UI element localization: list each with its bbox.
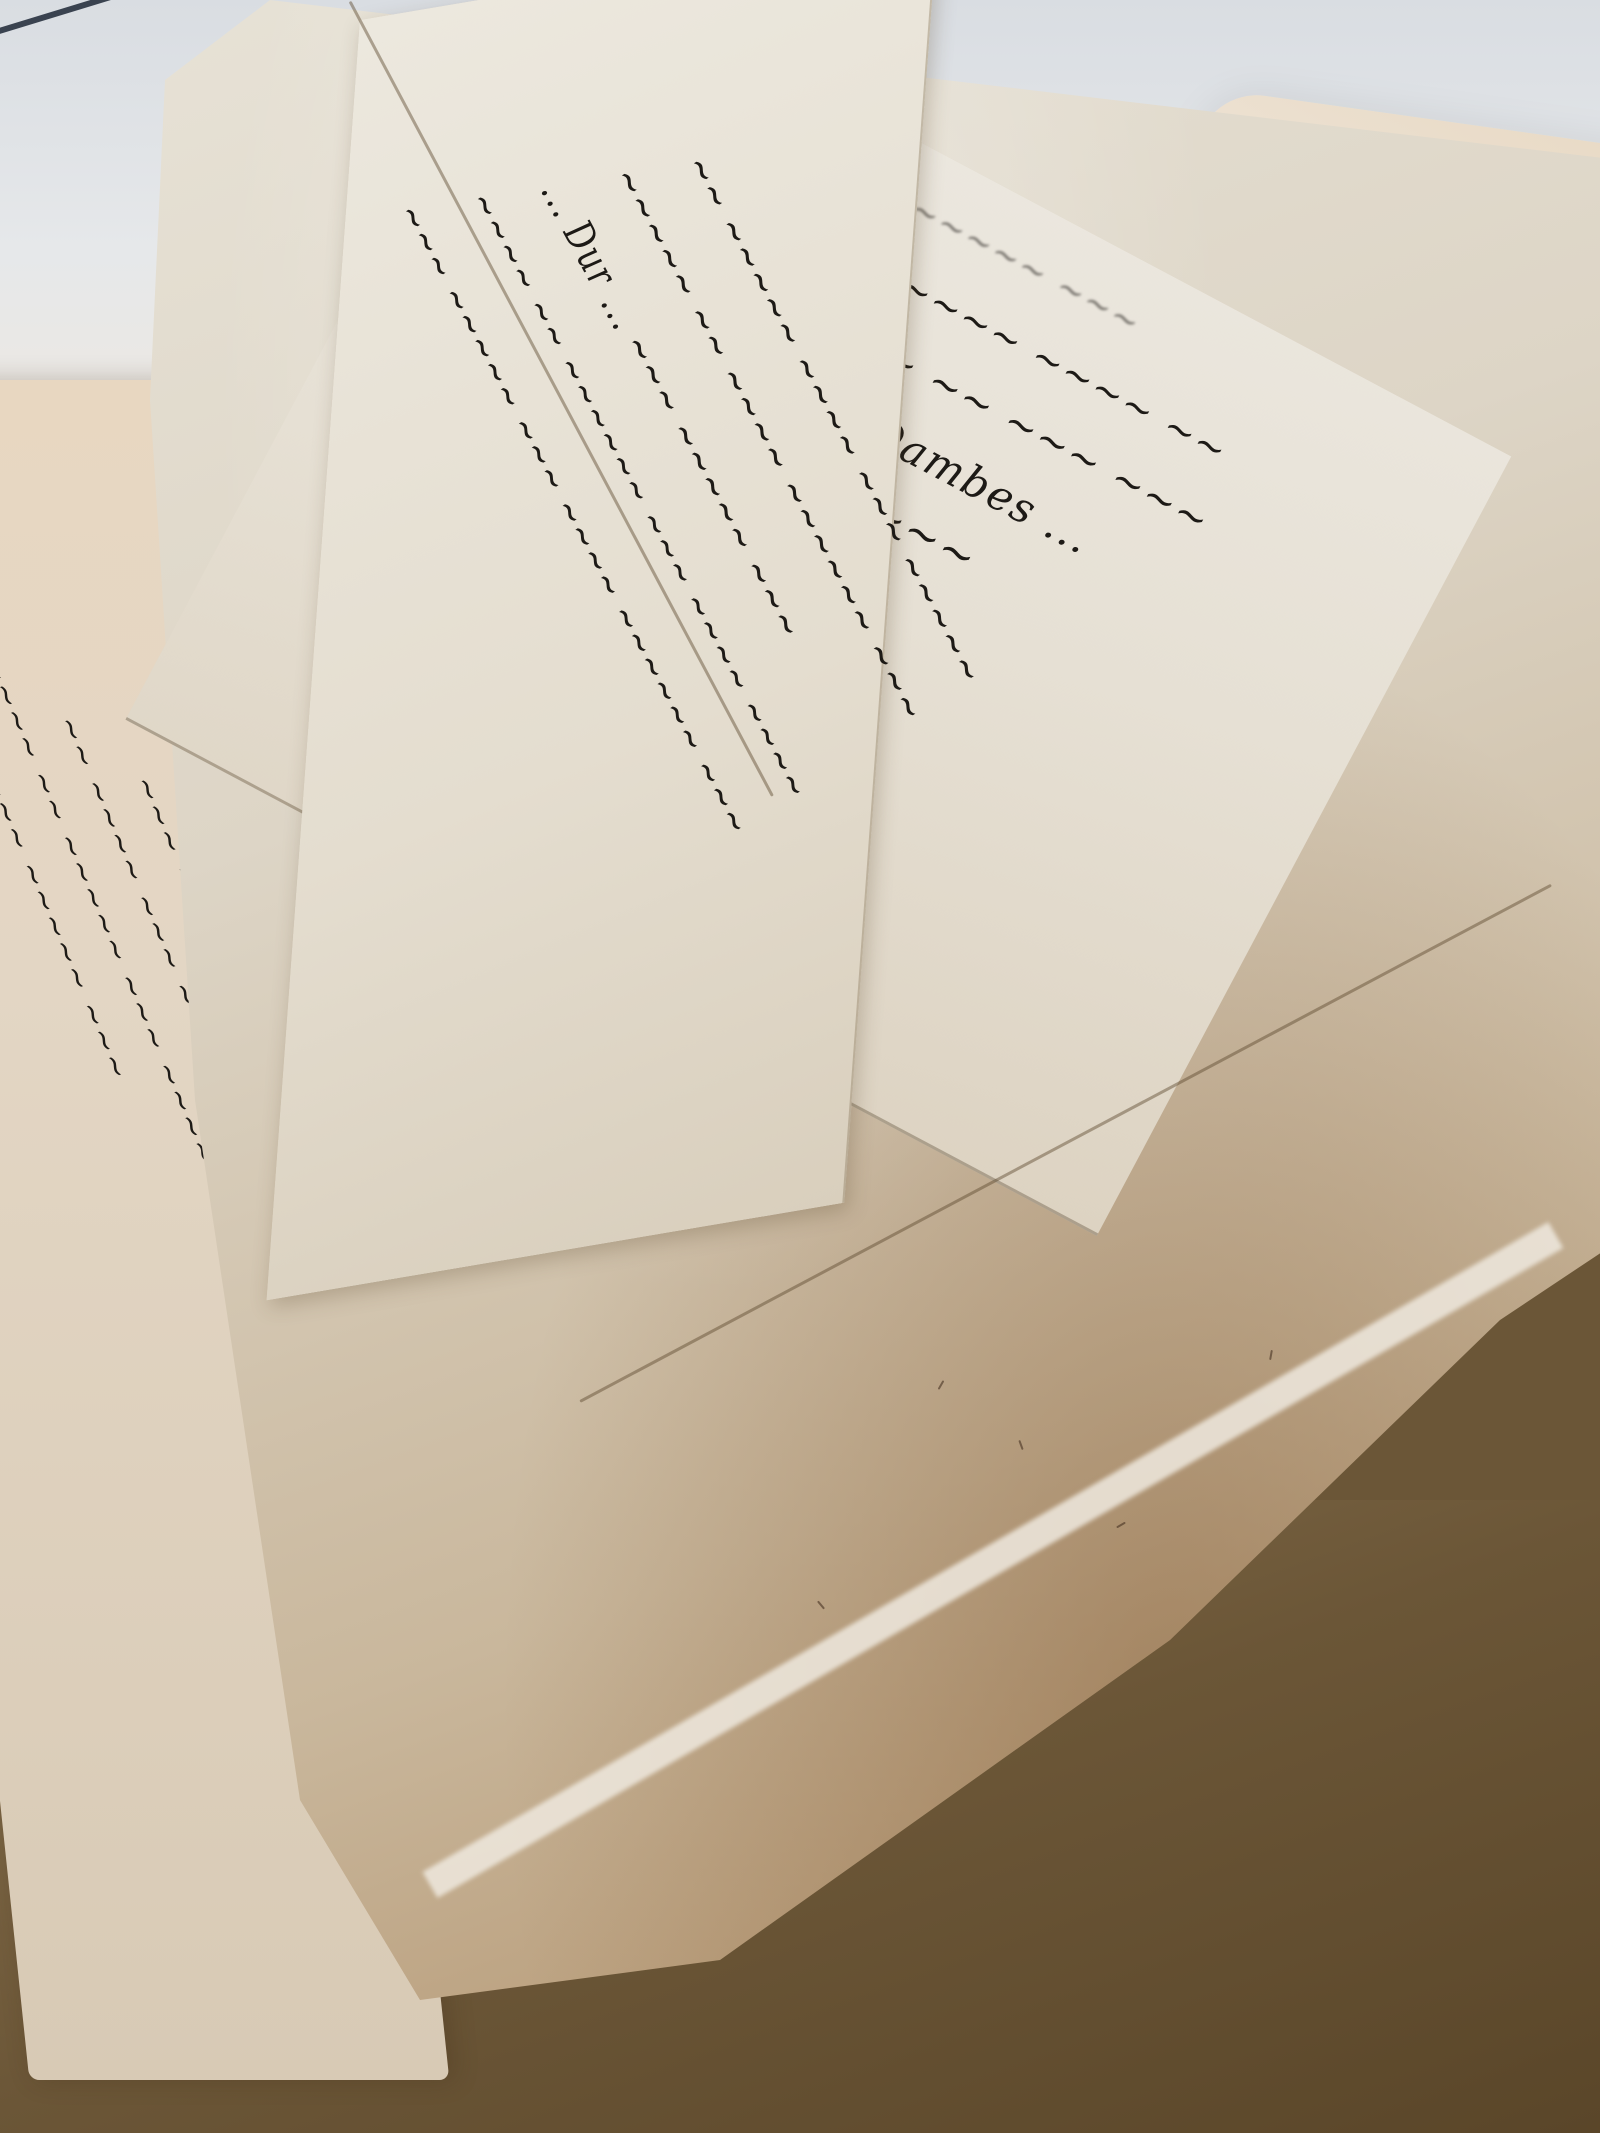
paper-fiber <box>1116 1522 1126 1529</box>
folded-flap: ~~~ ~~~~~ ~~~ ~~~~ ~~~~~~ ~~~ ~~~~ ~~ ~~… <box>267 0 938 1300</box>
paper-fiber <box>1018 1440 1023 1450</box>
paper-fiber <box>938 1380 945 1390</box>
paper-fiber <box>1269 1350 1273 1360</box>
photo-scene: ~~~ ~~ ~~~~ ~~~~~ ~~~ ~~~~ ~~ ~~~~~ ~~~ … <box>0 0 1600 2133</box>
paper-fiber <box>817 1601 825 1610</box>
